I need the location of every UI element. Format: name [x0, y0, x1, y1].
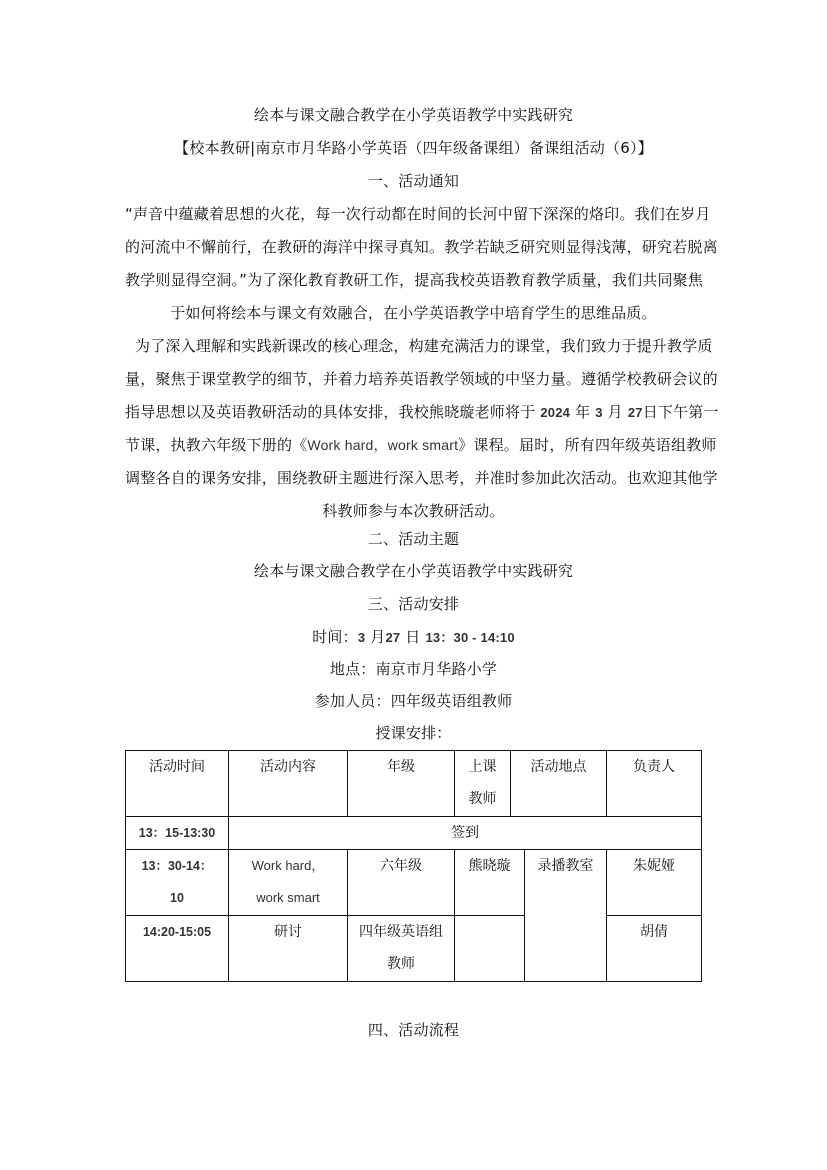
- paragraph1-line: 于如何将绘本与课文有效融合，在小学英语教学中培育学生的思维品质。: [125, 297, 702, 330]
- time-label: 时间：: [312, 628, 358, 646]
- content-cell: Work hard， work smart: [229, 850, 348, 916]
- place-line: 地点：南京市月华路小学: [125, 653, 702, 686]
- document-subtitle: 【校本教研|南京市月华路小学英语（四年级备课组）备课组活动（6）】: [115, 132, 712, 165]
- text: 月: [608, 403, 623, 421]
- paragraph2-line: 指导思想以及英语教研活动的具体安排，我校熊晓璇老师将于 2024 年 3 月 2…: [125, 396, 702, 429]
- paragraph2-line: 调整各自的课务安排，围绕教研主题进行深入思考，并准时参加此次活动。也欢迎其他学: [125, 462, 702, 495]
- time-day: 27: [385, 630, 400, 645]
- paragraph1-line: 的河流中不懈前行，在教研的海洋中探寻真知。教学若缺乏研究则显得浅薄，研究若脱离: [125, 231, 702, 264]
- time-range: 13：30 - 14:10: [425, 630, 514, 645]
- year: 2024: [540, 405, 570, 420]
- participants-line: 参加人员：四年级英语组教师: [125, 685, 702, 718]
- content-line1: Work hard，: [229, 850, 347, 882]
- person-cell: 朱妮娅: [607, 850, 702, 916]
- grade-line1: 四年级英语组: [348, 916, 454, 948]
- teacher-cell: 熊晓璇: [455, 850, 525, 916]
- text: 节课，执教六年级下册的《: [125, 436, 307, 454]
- text: 月: [370, 628, 385, 646]
- time-month: 3: [358, 630, 365, 645]
- text: 年: [575, 403, 590, 421]
- schedule-label: 授课安排：: [125, 717, 702, 750]
- section2-theme: 绘本与课文融合教学在小学英语教学中实践研究: [125, 555, 702, 588]
- time-line2: 10: [126, 882, 228, 914]
- month: 3: [595, 405, 602, 420]
- paragraph2-line: 量，聚焦于课堂教学的细节，并着力培养英语教学领域的中坚力量。遵循学校教研会议的: [125, 363, 702, 396]
- header-teacher-line1: 上课: [455, 751, 510, 783]
- table-header-row: 活动时间 活动内容 年级 上课 教师 活动地点 负责人: [126, 751, 702, 817]
- section1-heading: 一、活动通知: [125, 165, 702, 198]
- content-line2: work smart: [229, 882, 347, 914]
- grade-cell: 四年级英语组 教师: [348, 916, 455, 982]
- day: 27: [628, 405, 643, 420]
- header-cell: 年级: [348, 751, 455, 817]
- header-cell: 活动内容: [229, 751, 348, 817]
- time-line1: 13：30-14：: [126, 850, 228, 882]
- course-title: Work hard，work smart: [307, 437, 458, 453]
- teacher-cell: [455, 916, 525, 982]
- merged-content-cell: 签到: [229, 817, 702, 850]
- schedule-table: 活动时间 活动内容 年级 上课 教师 活动地点 负责人 13：15-13:30 …: [125, 750, 702, 982]
- document-title: 绘本与课文融合教学在小学英语教学中实践研究: [125, 99, 702, 132]
- person-cell: 胡倩: [607, 916, 702, 982]
- text: 日下午第一: [643, 403, 719, 421]
- table-row: 13：15-13:30 签到: [126, 817, 702, 850]
- paragraph2-line: 为了深入理解和实践新课改的核心理念，构建充满活力的课堂，我们致力于提升教学质: [135, 330, 695, 363]
- paragraph2-line: 节课，执教六年级下册的《Work hard，work smart》课程。届时，所…: [125, 429, 702, 462]
- header-teacher-line2: 教师: [455, 783, 510, 815]
- grade-line2: 教师: [348, 948, 454, 980]
- time-cell: 13：15-13:30: [126, 817, 229, 850]
- text: 》课程。届时，所有四年级英语组教师: [458, 436, 716, 454]
- table-row: 14:20-15:05 研讨 四年级英语组 教师 胡倩: [126, 916, 702, 982]
- text: 指导思想以及英语教研活动的具体安排，我校熊晓璇老师将于: [125, 403, 535, 421]
- text: 日: [405, 628, 420, 646]
- grade-cell: 六年级: [348, 850, 455, 916]
- header-cell: 上课 教师: [455, 751, 511, 817]
- paragraph1-line: 教学则显得空洞。”为了深化教育教研工作，提高我校英语教育教学质量，我们共同聚焦: [125, 264, 702, 297]
- header-cell: 活动时间: [126, 751, 229, 817]
- header-cell: 活动地点: [511, 751, 607, 817]
- time-cell: 13：30-14： 10: [126, 850, 229, 916]
- section2-heading: 二、活动主题: [125, 523, 702, 556]
- section4-heading: 四、活动流程: [125, 1014, 702, 1047]
- time-line: 时间：3 月27 日 13：30 - 14:10: [125, 621, 702, 654]
- time-cell: 14:20-15:05: [126, 916, 229, 982]
- location-cell: 录播教室: [525, 850, 607, 982]
- header-cell: 负责人: [607, 751, 702, 817]
- paragraph1-line: “声音中蕴藏着思想的火花，每一次行动都在时间的长河中留下深深的烙印。我们在岁月: [125, 198, 702, 231]
- table-row: 13：30-14： 10 Work hard， work smart 六年级 熊…: [126, 850, 702, 916]
- section3-heading: 三、活动安排: [125, 588, 702, 621]
- content-cell: 研讨: [229, 916, 348, 982]
